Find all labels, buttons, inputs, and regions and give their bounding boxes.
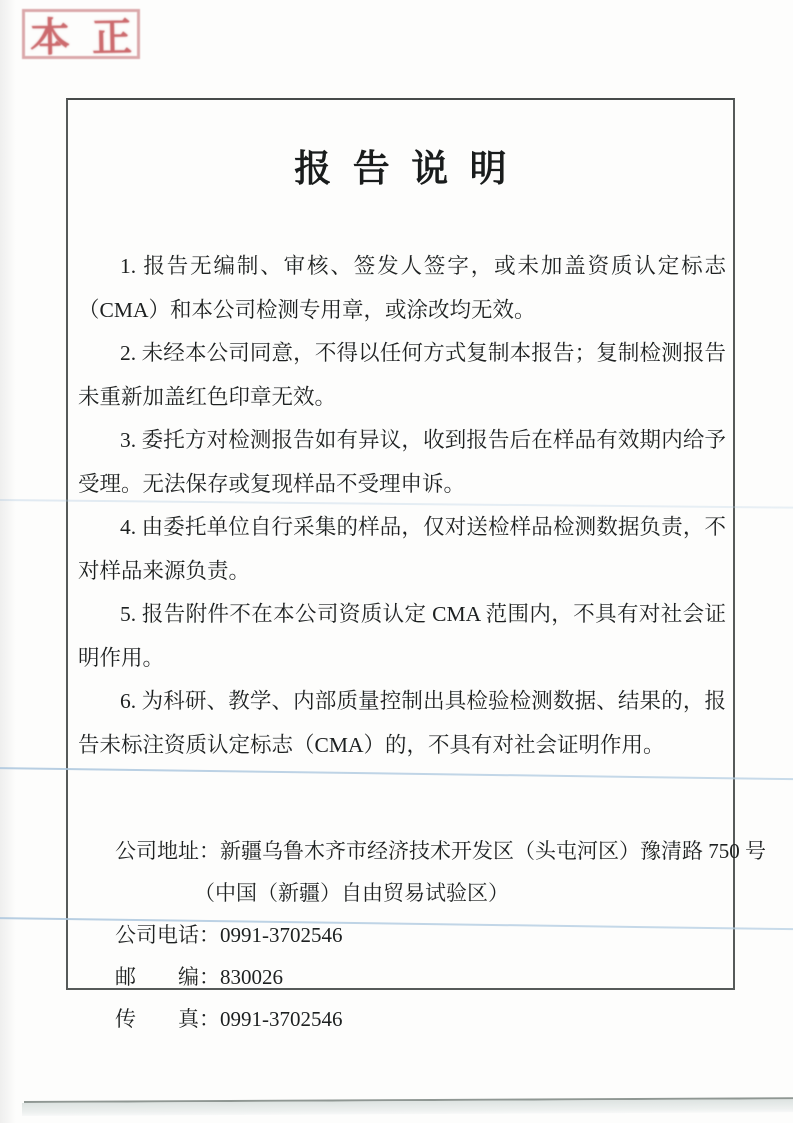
- company-phone-value: 0991-3702546: [220, 923, 343, 947]
- company-phone-row: 公司电话：0991-3702546: [115, 914, 733, 956]
- postal-code-value: 830026: [220, 965, 283, 989]
- company-address-line2: （中国（新疆）自由贸易试验区）: [194, 872, 733, 914]
- page-title: 报告说明: [68, 146, 733, 194]
- fax-value: 0991-3702546: [220, 1007, 343, 1031]
- company-address-row: 公司地址：新疆乌鲁木齐市经济技术开发区（头屯河区）豫清路 750 号: [115, 830, 733, 872]
- scanned-report-page: { "colors": { "stamp_red": "#bb5a5e", "b…: [0, 0, 793, 1123]
- postal-code-label: 邮 编：: [115, 965, 220, 989]
- note-paragraph-2: 2. 未经本公司同意，不得以任何方式复制本报告；复制检测报告未重新加盖红色印章无…: [78, 332, 726, 419]
- note-paragraph-6: 6. 为科研、教学、内部质量控制出具检验检测数据、结果的，报告未标注资质认定标志…: [78, 680, 726, 767]
- note-paragraph-4: 4. 由委托单位自行采集的样品，仅对送检样品检测数据负责，不对样品来源负责。: [78, 506, 726, 593]
- page-bottom-edge-shadow: [22, 1099, 793, 1116]
- company-address-label: 公司地址：: [115, 839, 220, 863]
- note-paragraph-1: 1. 报告无编制、审核、签发人签字，或未加盖资质认定标志（CMA）和本公司检测专…: [78, 245, 726, 332]
- postal-code-row: 邮 编：830026: [115, 956, 733, 998]
- company-contact-section: 公司地址：新疆乌鲁木齐市经济技术开发区（头屯河区）豫清路 750 号 （中国（新…: [68, 830, 733, 1040]
- notes-section: 1. 报告无编制、审核、签发人签字，或未加盖资质认定标志（CMA）和本公司检测专…: [68, 245, 733, 767]
- original-copy-stamp: 本 正: [22, 9, 140, 59]
- company-address-value: 新疆乌鲁木齐市经济技术开发区（头屯河区）豫清路 750 号: [220, 839, 766, 863]
- note-paragraph-3: 3. 委托方对检测报告如有异议，收到报告后在样品有效期内给予受理。无法保存或复现…: [78, 419, 726, 506]
- stamp-char-zheng: 正: [92, 5, 133, 63]
- note-paragraph-5: 5. 报告附件不在本公司资质认定 CMA 范围内，不具有对社会证明作用。: [78, 593, 726, 680]
- scanner-edge-shadow: [0, 0, 16, 1123]
- stamp-char-ben: 本: [30, 5, 71, 63]
- report-notes-box: 报告说明 1. 报告无编制、审核、签发人签字，或未加盖资质认定标志（CMA）和本…: [66, 98, 735, 990]
- fax-label: 传 真：: [115, 1007, 220, 1031]
- page-bottom-edge-line: [24, 1097, 793, 1103]
- company-phone-label: 公司电话：: [115, 923, 220, 947]
- fax-row: 传 真：0991-3702546: [115, 998, 733, 1040]
